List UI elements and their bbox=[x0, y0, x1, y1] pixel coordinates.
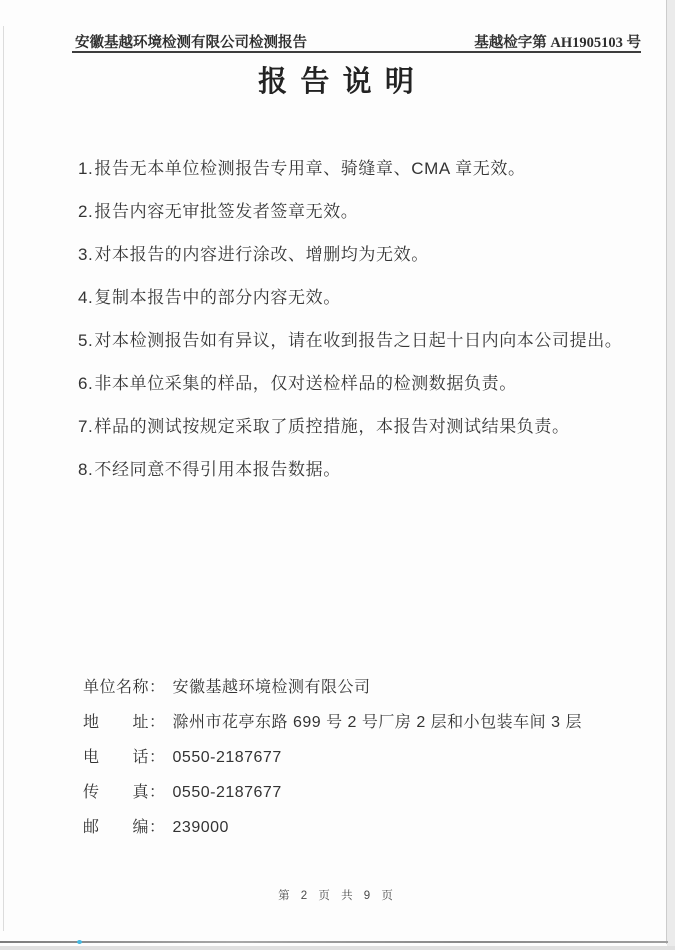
note-item-1: 1.报告无本单位检测报告专用章、骑缝章、CMA 章无效。 bbox=[78, 158, 651, 179]
contact-label: 传 真： bbox=[83, 782, 166, 803]
note-text: 不经同意不得引用本报告数据。 bbox=[94, 460, 340, 479]
page-number-indicator: 第 2 页 共 9 页 bbox=[0, 887, 675, 903]
note-text: 复制本报告中的部分内容无效。 bbox=[94, 288, 340, 307]
scan-edge-right-line bbox=[666, 0, 667, 944]
contact-label: 地 址： bbox=[83, 712, 166, 733]
note-item-4: 4.复制本报告中的部分内容无效。 bbox=[78, 287, 651, 308]
notes-list: 1.报告无本单位检测报告专用章、骑缝章、CMA 章无效。 2.报告内容无审批签发… bbox=[78, 158, 651, 502]
contact-label: 单位名称： bbox=[83, 677, 166, 698]
note-item-3: 3.对本报告的内容进行涂改、增删均为无效。 bbox=[78, 244, 651, 265]
contact-row-address: 地 址：滁州市花亭东路 699 号 2 号厂房 2 层和小包装车间 3 层 bbox=[83, 712, 651, 733]
note-text: 对本检测报告如有异议，请在收到报告之日起十日内向本公司提出。 bbox=[94, 331, 622, 350]
contact-row-fax: 传 真：0550-2187677 bbox=[83, 782, 651, 803]
scan-edge-bottom-strip bbox=[0, 946, 675, 950]
note-text: 对本报告的内容进行涂改、增删均为无效。 bbox=[94, 245, 428, 264]
note-number: 8. bbox=[78, 460, 93, 479]
note-text: 非本单位采集的样品，仅对送检样品的检测数据负责。 bbox=[94, 374, 516, 393]
header-rule bbox=[72, 51, 641, 53]
note-item-7: 7.样品的测试按规定采取了质控措施，本报告对测试结果负责。 bbox=[78, 416, 651, 437]
note-number: 6. bbox=[78, 374, 93, 393]
contact-label: 邮 编： bbox=[83, 817, 166, 838]
contact-value: 0550-2187677 bbox=[173, 749, 282, 766]
note-text: 样品的测试按规定采取了质控措施，本报告对测试结果负责。 bbox=[94, 417, 569, 436]
scanned-report-page: 安徽基越环境检测有限公司检测报告 基越检字第 AH1905103 号 报 告 说… bbox=[0, 0, 675, 950]
contact-row-phone: 电 话：0550-2187677 bbox=[83, 747, 651, 768]
contact-value: 0550-2187677 bbox=[173, 784, 282, 801]
note-item-8: 8.不经同意不得引用本报告数据。 bbox=[78, 459, 651, 480]
contact-block: 单位名称：安徽基越环境检测有限公司 地 址：滁州市花亭东路 699 号 2 号厂… bbox=[83, 677, 651, 852]
page-title: 报 告 说 明 bbox=[0, 59, 675, 100]
note-number: 1. bbox=[78, 159, 93, 178]
scan-edge-left bbox=[3, 26, 4, 931]
contact-row-postcode: 邮 编：239000 bbox=[83, 817, 651, 838]
scan-edge-right-strip bbox=[667, 0, 675, 950]
scan-edge-bottom-line bbox=[0, 941, 668, 943]
note-item-2: 2.报告内容无审批签发者签章无效。 bbox=[78, 201, 651, 222]
note-item-6: 6.非本单位采集的样品，仅对送检样品的检测数据负责。 bbox=[78, 373, 651, 394]
note-number: 3. bbox=[78, 245, 93, 264]
contact-label: 电 话： bbox=[83, 747, 166, 768]
note-item-5: 5.对本检测报告如有异议，请在收到报告之日起十日内向本公司提出。 bbox=[78, 330, 651, 351]
note-number: 7. bbox=[78, 417, 93, 436]
header-report-number: 基越检字第 AH1905103 号 bbox=[474, 31, 641, 52]
note-number: 4. bbox=[78, 288, 93, 307]
header-company-report-title: 安徽基越环境检测有限公司检测报告 bbox=[75, 31, 307, 52]
contact-row-company-name: 单位名称：安徽基越环境检测有限公司 bbox=[83, 677, 651, 698]
report-header: 安徽基越环境检测有限公司检测报告 基越检字第 AH1905103 号 bbox=[75, 31, 641, 52]
note-number: 2. bbox=[78, 202, 93, 221]
note-text: 报告无本单位检测报告专用章、骑缝章、CMA 章无效。 bbox=[94, 159, 525, 178]
contact-value: 滁州市花亭东路 699 号 2 号厂房 2 层和小包装车间 3 层 bbox=[173, 714, 582, 731]
contact-value: 239000 bbox=[173, 819, 229, 836]
contact-value: 安徽基越环境检测有限公司 bbox=[173, 679, 371, 696]
note-number: 5. bbox=[78, 331, 93, 350]
scan-artifact-dot bbox=[77, 940, 82, 944]
note-text: 报告内容无审批签发者签章无效。 bbox=[94, 202, 358, 221]
